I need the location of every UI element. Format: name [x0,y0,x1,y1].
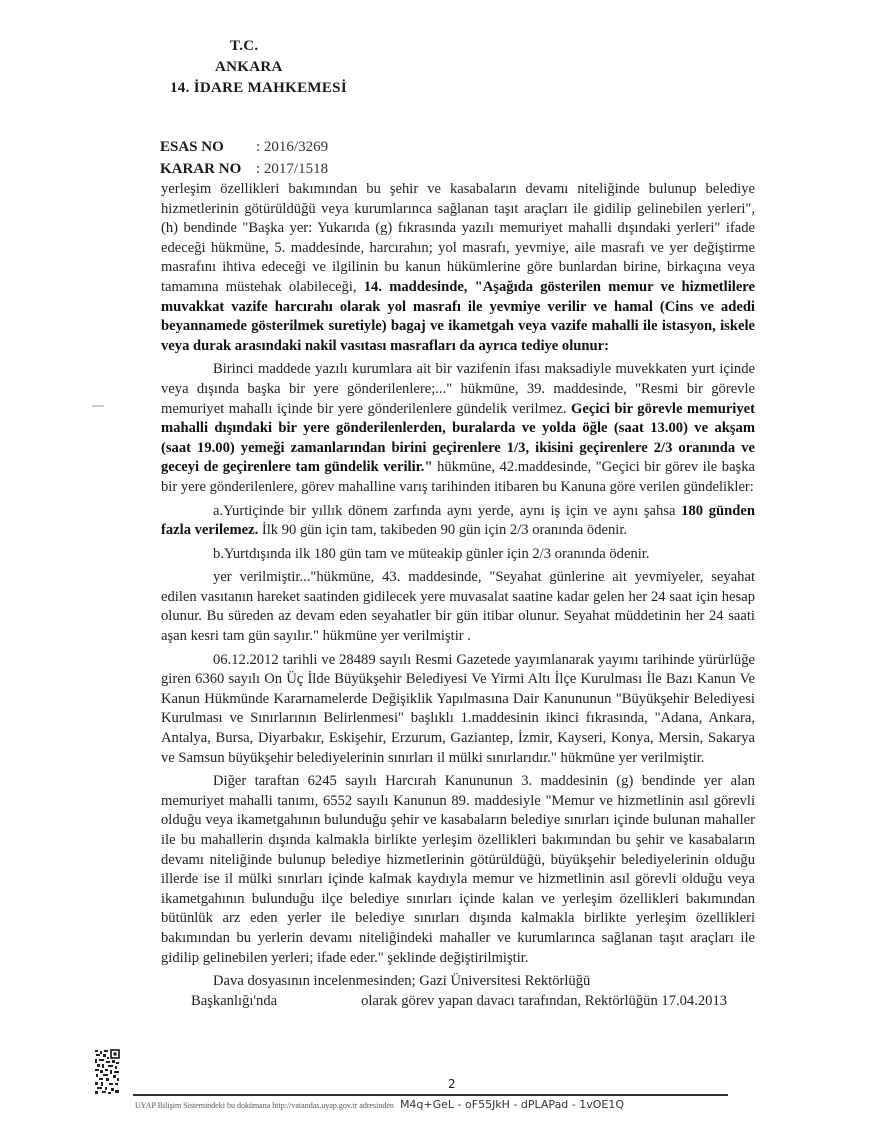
paragraph-harcirah-definitions: yerleşim özellikleri bakımından bu şehir… [161,180,755,356]
header-country: T.C. [170,36,430,57]
paragraph-text: yerleşim özellikleri bakımından bu şehir… [161,181,755,295]
paragraph-law-6552: Diğer taraftan 6245 sayılı Harcırah Kanu… [161,772,755,968]
paragraph-item-a: a.Yurtiçinde bir yıllık dönem zarfında a… [161,502,755,541]
qr-code-icon [94,1049,120,1095]
header-court: 14. İDARE MAHKEMESİ [170,78,430,99]
karar-value: : 2017/1518 [256,158,328,180]
paragraph-article-43: yer verilmiştir..."hükmüne, 43. maddesin… [161,568,755,646]
header-city: ANKARA [170,57,430,78]
case-meta: ESAS NO : 2016/3269 KARAR NO : 2017/1518 [160,136,328,180]
esas-row: ESAS NO : 2016/3269 [160,136,328,158]
paragraph-text: İlk 90 gün için tam, takibeden 90 gün iç… [258,522,627,538]
paragraph-case-file-line1: Dava dosyasının incelenmesinden; Gazi Ün… [161,972,755,992]
esas-label: ESAS NO [160,136,256,158]
footer: UYAP Bilişim Sistemindeki bu dokümana ht… [135,1098,624,1111]
karar-row: KARAR NO : 2017/1518 [160,158,328,180]
verification-code: M4q+GeL - oF55JkH - dPLAPad - 1vOE1Q [400,1098,624,1111]
margin-mark [92,405,104,407]
paragraph-text: Başkanlığı'nda [191,993,277,1009]
footer-divider [133,1094,728,1096]
esas-value: : 2016/3269 [256,136,328,158]
document-body: yerleşim özellikleri bakımından bu şehir… [161,180,755,1011]
paragraph-text: olarak görev yapan davacı tarafından, Re… [361,993,727,1009]
paragraph-item-b: b.Yurtdışında ilk 180 gün tam ve müteaki… [161,545,755,565]
paragraph-case-file-line2: Başkanlığı'ndaolarak görev yapan davacı … [161,992,755,1012]
court-header: T.C. ANKARA 14. İDARE MAHKEMESİ [170,36,430,99]
footer-notice: UYAP Bilişim Sistemindeki bu dokümana ht… [135,1101,394,1110]
page-number: 2 [448,1077,456,1091]
karar-label: KARAR NO [160,158,256,180]
paragraph-law-6360: 06.12.2012 tarihli ve 28489 sayılı Resmi… [161,651,755,769]
paragraph-text: a.Yurtiçinde bir yıllık dönem zarfında a… [213,503,681,519]
paragraph-article-39: Birinci maddede yazılı kurumlara ait bir… [161,360,755,497]
